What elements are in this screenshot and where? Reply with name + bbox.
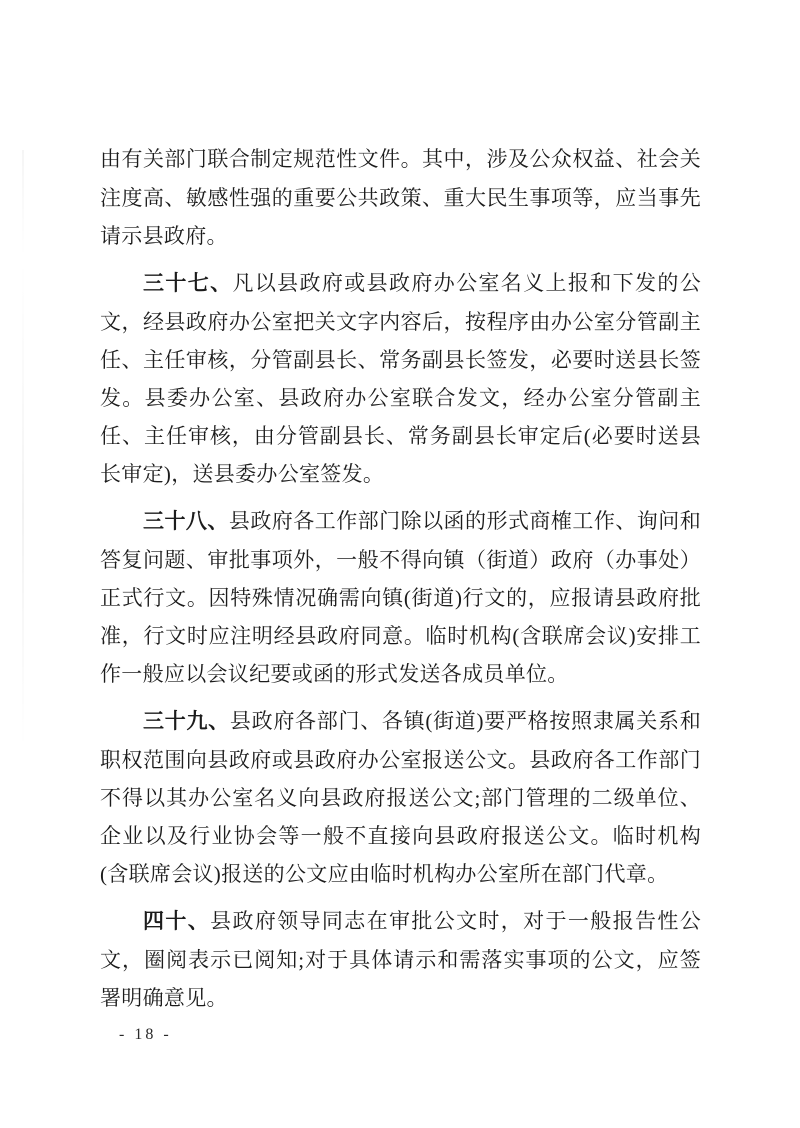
page-number: - 18 -	[119, 1026, 172, 1044]
paragraph-40: 四十、县政府领导同志在审批公文时，对于一般报告性公文，圈阅表示已阅知;对于具体请…	[100, 902, 701, 1017]
paragraph-number: 三十七、	[143, 272, 232, 295]
paragraph-text: 凡以县政府或县政府办公室名义上报和下发的公文，经县政府办公室把关文字内容后，按程…	[100, 271, 701, 486]
paragraph-number: 四十、	[143, 910, 210, 933]
paragraph-text: 由有关部门联合制定规范性文件。其中，涉及公众权益、社会关注度高、敏感性强的重要公…	[100, 147, 701, 248]
paragraph-number: 三十八、	[143, 510, 229, 533]
paragraph-38: 三十八、县政府各工作部门除以函的形式商榷工作、询问和答复问题、审批事项外，一般不…	[100, 502, 701, 693]
paragraph-number: 三十九、	[143, 710, 230, 733]
paragraph-continuation: 由有关部门联合制定规范性文件。其中，涉及公众权益、社会关注度高、敏感性强的重要公…	[100, 140, 701, 255]
paragraph-37: 三十七、凡以县政府或县政府办公室名义上报和下发的公文，经县政府办公室把关文字内容…	[100, 264, 701, 493]
paragraph-text: 县政府各部门、各镇(街道)要严格按照隶属关系和职权范围向县政府或县政府办公室报送…	[100, 709, 701, 886]
paragraph-39: 三十九、县政府各部门、各镇(街道)要严格按照隶属关系和职权范围向县政府或县政府办…	[100, 702, 701, 893]
document-page: 由有关部门联合制定规范性文件。其中，涉及公众权益、社会关注度高、敏感性强的重要公…	[0, 0, 800, 1128]
document-body: 由有关部门联合制定规范性文件。其中，涉及公众权益、社会关注度高、敏感性强的重要公…	[100, 140, 701, 1017]
paragraph-text: 县政府各工作部门除以函的形式商榷工作、询问和答复问题、审批事项外，一般不得向镇（…	[100, 509, 701, 686]
scan-artifact	[22, 150, 24, 750]
